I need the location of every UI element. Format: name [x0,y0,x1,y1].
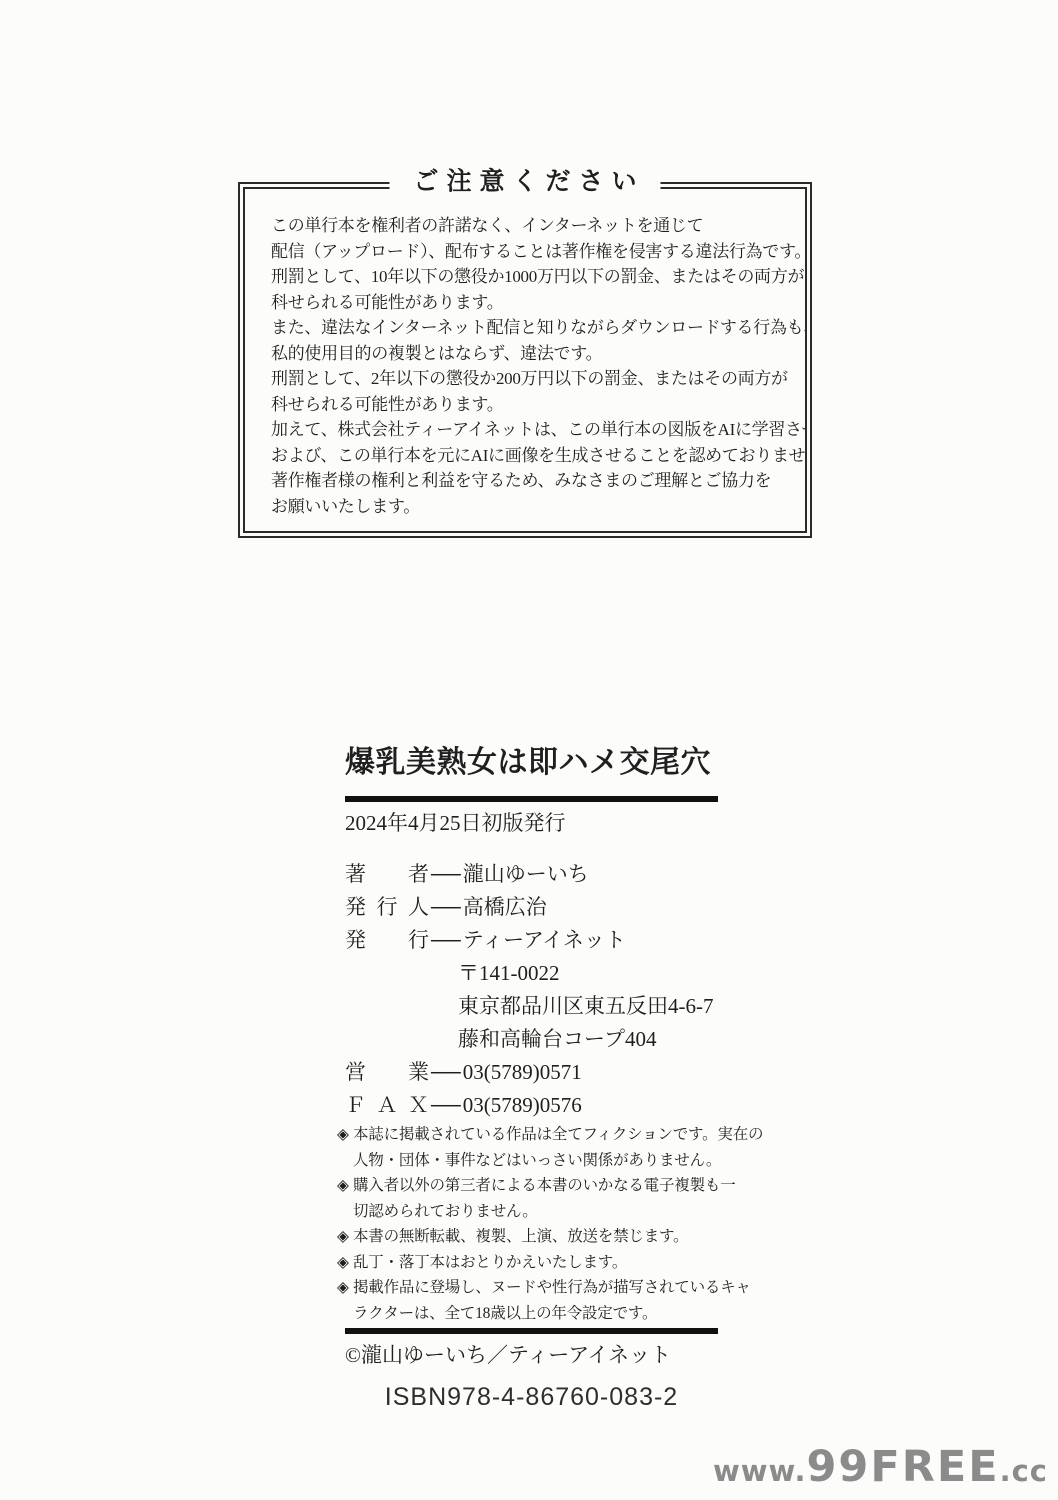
warning-line: 刑罰として、2年以下の懲役か200万円以下の罰金、またはその両方が [271,366,793,392]
note-text: 本誌に掲載されている作品は全てフィクションです。実在の [353,1126,763,1143]
copyright-warning-box: ご注意ください この単行本を権利者の許諾なく、インターネットを通じて 配信（アッ… [238,182,812,538]
credit-row-publisher: 発 行──ティーアイネット [345,924,718,957]
warning-line: この単行本を権利者の許諾なく、インターネットを通じて [271,213,793,239]
contact-dash: ── [431,1089,461,1122]
note-text: 乱丁・落丁本はおとりかえいたします。 [353,1254,627,1271]
watermark-suffix: .cc [1000,1454,1048,1488]
divider-thick-top [345,796,718,802]
colophon-block: 爆乳美熟女は即ハメ交尾穴 2024年4月25日初版発行 著 者──瀧山ゆーいち … [345,742,718,1414]
publisher-postal-code: 〒141-0022 [345,957,718,990]
contact-label: ＦＡＸ [345,1089,429,1122]
credit-label: 発行人 [345,891,429,924]
publisher-address-line2: 藤和高輪台コープ404 [345,1023,718,1056]
note-text: 本書の無断転載、複製、上演、放送を禁じます。 [353,1228,688,1245]
contact-dash: ── [431,1056,461,1089]
warning-line: 私的使用目的の複製とはならず、違法です。 [271,341,793,367]
note-item: ◈購入者以外の第三者による本書のいかなる電子複製も一 [337,1173,718,1199]
credit-dash: ── [431,858,461,891]
warning-line: 配信（アップロード）、配布することは著作権を侵害する違法行為です。 [271,239,793,265]
copyright-line: ©瀧山ゆーいち／ティーアイネット [345,1338,718,1372]
contact-label: 営 業 [345,1056,429,1089]
watermark-prefix: www. [713,1454,807,1488]
diamond-bullet-icon: ◈ [337,1173,353,1199]
note-text-continued: 人物・団体・事件などはいっさい関係がありません。 [337,1148,718,1174]
credit-value: ティーアイネット [463,928,626,952]
credit-label: 発 行 [345,924,429,957]
copyright-warning-inner-border: この単行本を権利者の許諾なく、インターネットを通じて 配信（アップロード）、配布… [243,187,807,533]
note-text-continued: 切認められておりません。 [337,1199,718,1225]
note-item: ◈乱丁・落丁本はおとりかえいたします。 [337,1250,718,1276]
credit-label: 著 者 [345,858,429,891]
warning-line: また、違法なインターネット配信と知りながらダウンロードする行為も、 [271,315,793,341]
publication-credits: 著 者──瀧山ゆーいち 発行人──高橋広治 発 行──ティーアイネット 〒141… [345,858,718,1122]
note-text-continued: ラクターは、全て18歳以上の年令設定です。 [337,1301,718,1327]
divider-thick-bottom [345,1328,718,1334]
note-text: 掲載作品に登場し、ヌードや性行為が描写されているキャ [353,1279,751,1296]
note-text: 購入者以外の第三者による本書のいかなる電子複製も一 [353,1177,736,1194]
warning-box-title: ご注意ください [389,166,660,200]
diamond-bullet-icon: ◈ [337,1224,353,1250]
credit-row-publisher-person: 発行人──高橋広治 [345,891,718,924]
contact-value: 03(5789)0571 [463,1060,582,1084]
warning-line: 科せられる可能性があります。 [271,392,793,418]
watermark: www.99FREE.cc [713,1442,1048,1492]
diamond-bullet-icon: ◈ [337,1275,353,1301]
credit-value: 瀧山ゆーいち [463,862,589,886]
warning-line: お願いいたします。 [271,494,793,520]
warning-box-body: この単行本を権利者の許諾なく、インターネットを通じて 配信（アップロード）、配布… [245,189,805,519]
edition-date: 2024年4月25日初版発行 [345,808,718,838]
watermark-site-name: 99FREE [807,1442,1000,1492]
book-title: 爆乳美熟女は即ハメ交尾穴 [345,742,718,784]
contact-row-fax: ＦＡＸ──03(5789)0576 [345,1089,718,1122]
warning-line: 科せられる可能性があります。 [271,290,793,316]
note-item: ◈本誌に掲載されている作品は全てフィクションです。実在の [337,1122,718,1148]
warning-line: 刑罰として、10年以下の懲役か1000万円以下の罰金、またはその両方が [271,264,793,290]
publisher-address-line1: 東京都品川区東五反田4-6-7 [345,990,718,1023]
diamond-bullet-icon: ◈ [337,1122,353,1148]
warning-line: 著作権者様の権利と利益を守るため、みなさまのご理解とご協力を [271,468,793,494]
diamond-bullet-icon: ◈ [337,1250,353,1276]
warning-line: および、この単行本を元にAIに画像を生成させることを認めておりません。 [271,443,793,469]
contact-value: 03(5789)0576 [463,1093,582,1117]
warning-line: 加えて、株式会社ティーアイネットは、この単行本の図版をAIに学習させること、 [271,417,793,443]
credit-row-author: 著 者──瀧山ゆーいち [345,858,718,891]
disclaimer-notes: ◈本誌に掲載されている作品は全てフィクションです。実在の 人物・団体・事件などは… [337,1122,718,1326]
note-item: ◈掲載作品に登場し、ヌードや性行為が描写されているキャ [337,1275,718,1301]
note-item: ◈本書の無断転載、複製、上演、放送を禁じます。 [337,1224,718,1250]
colophon-page: ご注意ください この単行本を権利者の許諾なく、インターネットを通じて 配信（アッ… [0,0,1058,1500]
credit-dash: ── [431,924,461,957]
isbn-number: ISBN978-4-86760-083-2 [345,1380,718,1414]
credit-value: 高橋広治 [463,895,547,919]
contact-row-sales: 営 業──03(5789)0571 [345,1056,718,1089]
credit-dash: ── [431,891,461,924]
